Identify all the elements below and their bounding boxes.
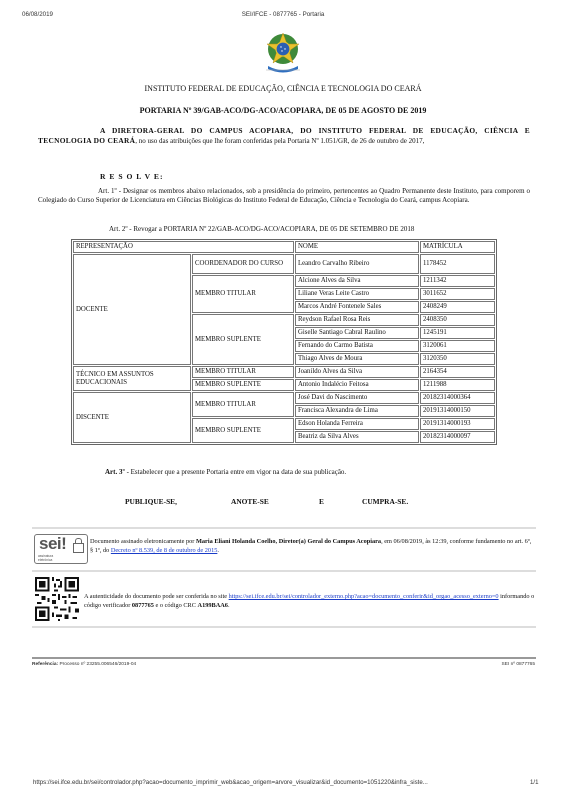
authenticity-link[interactable]: https://sei.ifce.edu.br/sei/controlador_… (229, 593, 499, 600)
role-suplente: MEMBRO SUPLENTE (192, 314, 294, 365)
cell-matricula: 20191314000150 (420, 405, 495, 417)
signature-text: Documento assinado eletronicamente por M… (90, 537, 536, 555)
cell-nome: Beatriz da Silva Alves (295, 431, 419, 443)
role-titular: MEMBRO TITULAR (192, 275, 294, 313)
cell-matricula: 1245191 (420, 327, 495, 339)
authenticity-crc-label: e o código CRC (154, 602, 198, 609)
group-tecnico: TÉCNICO EM ASSUNTOS EDUCACIONAIS (73, 366, 191, 391)
authenticity-block: A autenticidade do documento pode ser co… (32, 577, 536, 623)
cell-matricula: 3120350 (420, 353, 495, 365)
closing-cumpra: CUMPRA-SE. (362, 497, 408, 506)
cell-matricula: 2408249 (420, 301, 495, 313)
qr-code-icon (35, 577, 79, 621)
cell-nome: Leandro Carvalho Ribeiro (295, 254, 419, 274)
cell-matricula: 2164354 (420, 366, 495, 378)
header-nome: NOME (295, 241, 419, 253)
resolve-heading: R E S O L V E: (100, 172, 164, 181)
table-row: TÉCNICO EM ASSUNTOS EDUCACIONAIS MEMBRO … (73, 366, 495, 378)
divider (32, 527, 536, 529)
cell-matricula: 20191314000193 (420, 418, 495, 430)
sei-logo: sei! assinatura eletrônica (34, 534, 88, 564)
cell-nome: Francisca Alexandra de Lima (295, 405, 419, 417)
authenticity-prefix: A autenticidade do documento pode ser co… (84, 593, 229, 600)
brazil-coat-of-arms-icon (262, 30, 304, 74)
print-title: SEI/IFCE - 0877765 - Portaria (0, 11, 566, 18)
cell-matricula: 2408350 (420, 314, 495, 326)
article-3: Art. 3º - Estabelecer que a presente Por… (105, 468, 346, 476)
crc-code: A199BAA6 (198, 602, 228, 609)
table-header-row: REPRESENTAÇÃO NOME MATRÍCULA (73, 241, 495, 253)
lock-icon (73, 543, 84, 553)
group-discente: DISCENTE (73, 392, 191, 443)
preamble-rest: , no uso das atribuições que lhe foram c… (135, 137, 424, 145)
electronic-signature: sei! assinatura eletrônica Documento ass… (32, 534, 536, 564)
article-1: Art. 1º - Designar os membros abaixo rel… (38, 187, 530, 205)
cell-matricula: 3120061 (420, 340, 495, 352)
sei-number: SEI nº 0877765 (502, 662, 536, 667)
role-coordenador: COORDENADOR DO CURSO (192, 254, 294, 274)
cell-matricula: 20182314000364 (420, 392, 495, 404)
cell-matricula: 1211342 (420, 275, 495, 287)
cell-nome: Giselle Santiago Cabral Raulino (295, 327, 419, 339)
cell-matricula: 20182314000097 (420, 431, 495, 443)
closing-anote: ANOTE-SE (231, 497, 269, 506)
cell-nome: Alcione Alves da Silva (295, 275, 419, 287)
header-representacao: REPRESENTAÇÃO (73, 241, 294, 253)
portaria-title: PORTARIA Nº 39/GAB-ACO/DG-ACO/ACOPIARA, … (0, 106, 566, 115)
decree-link[interactable]: Decreto nº 8.539, de 8 de outubro de 201… (111, 547, 218, 554)
role-suplente: MEMBRO SUPLENTE (192, 379, 294, 391)
divider (32, 626, 536, 628)
sei-logo-subtitle: assinatura eletrônica (38, 555, 68, 562)
reference-label: Referência: (32, 662, 58, 667)
cell-nome: Reydson Rafael Rosa Reis (295, 314, 419, 326)
print-url: https://sei.ifce.edu.br/sei/controlador.… (33, 779, 428, 786)
cell-nome: Liliane Veras Leite Castro (295, 288, 419, 300)
role-titular: MEMBRO TITULAR (192, 392, 294, 417)
cell-matricula: 1178452 (420, 254, 495, 274)
authenticity-end: . (228, 602, 230, 609)
cell-nome: Fernando do Carmo Batista (295, 340, 419, 352)
role-titular: MEMBRO TITULAR (192, 366, 294, 378)
cell-nome: Thiago Alves de Moura (295, 353, 419, 365)
cell-matricula: 3011652 (420, 288, 495, 300)
cell-nome: José Davi do Nascimento (295, 392, 419, 404)
signer-name: Maria Eliani Holanda Coelho, Diretor(a) … (196, 538, 381, 545)
process-number: Processo nº 23255.006546/2019-04 (58, 662, 136, 667)
cell-nome: Edson Holanda Ferreira (295, 418, 419, 430)
signature-end: . (217, 547, 219, 554)
role-suplente: MEMBRO SUPLENTE (192, 418, 294, 443)
cell-matricula: 1211988 (420, 379, 495, 391)
divider (32, 570, 536, 572)
signature-prefix: Documento assinado eletronicamente por (90, 538, 196, 545)
article-3-label: Art. 3º (105, 468, 125, 476)
table-row: DOCENTE COORDENADOR DO CURSO Leandro Car… (73, 254, 495, 274)
divider (32, 657, 536, 659)
cell-nome: Antonio Indalécio Feitosa (295, 379, 419, 391)
article-3-text: - Estabelecer que a presente Portaria en… (125, 468, 346, 476)
verifier-code: 0877765 (132, 602, 154, 609)
header-matricula: MATRÍCULA (420, 241, 495, 253)
page-number: 1/1 (530, 779, 538, 786)
cell-nome: Marcos André Fontenele Sales (295, 301, 419, 313)
closing-e: E (319, 497, 324, 506)
process-reference: Referência: Processo nº 23255.006546/201… (32, 662, 136, 667)
sei-logo-text: sei! (39, 534, 66, 554)
cell-nome: Joanildo Alves da Silva (295, 366, 419, 378)
members-table: REPRESENTAÇÃO NOME MATRÍCULA DOCENTE COO… (71, 239, 497, 445)
closing-publique: PUBLIQUE-SE, (125, 497, 177, 506)
article-2: Art. 2º - Revogar a PORTARIA Nº 22/GAB-A… (109, 225, 414, 233)
preamble: A DIRETORA-GERAL DO CAMPUS ACOPIARA, DO … (38, 126, 530, 146)
institution-name: INSTITUTO FEDERAL DE EDUCAÇÃO, CIÊNCIA E… (0, 84, 566, 93)
group-docente: DOCENTE (73, 254, 191, 365)
authenticity-text: A autenticidade do documento pode ser co… (84, 592, 536, 610)
table-row: DISCENTE MEMBRO TITULAR José Davi do Nas… (73, 392, 495, 404)
